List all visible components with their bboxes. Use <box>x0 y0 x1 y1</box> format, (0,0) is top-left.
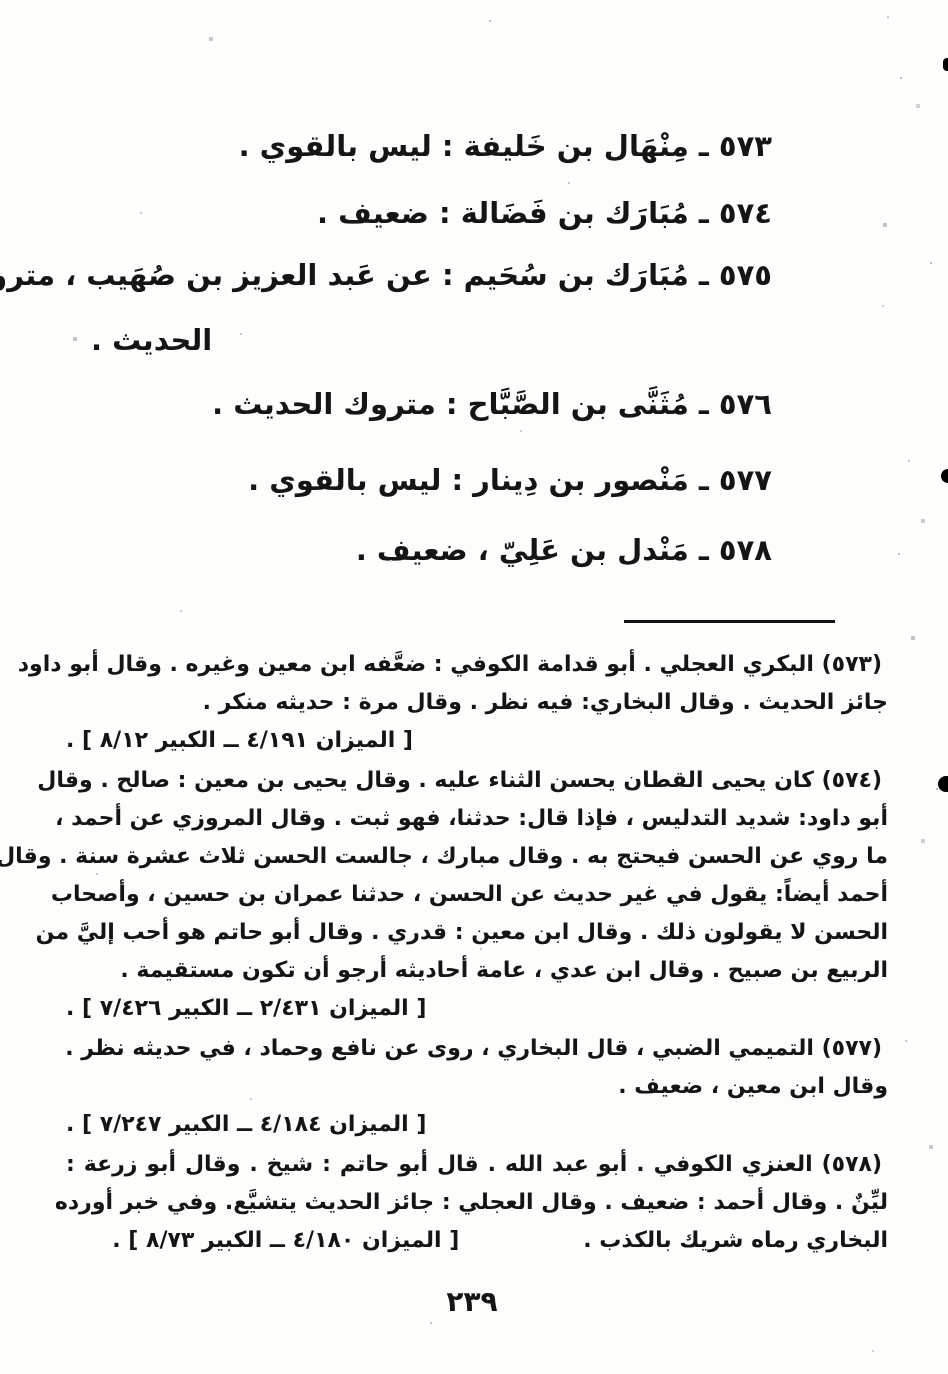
entry-577: ٥٧٧ ـ مَنْصور بن دِينار : ليس بالقوي . <box>91 460 772 500</box>
footnote-578-reference: [ الميزان ٤/١٨٠ ــ الكبير ٨/٧٣ ] . <box>112 1222 459 1260</box>
page-number: ٢٣٩ <box>66 1285 888 1318</box>
footnote-578: (٥٧٨) العنزي الكوفي . أبو عبد الله . قال… <box>66 1146 888 1260</box>
scan-artifact-middle-right <box>941 469 948 483</box>
footnote-574-line-1: (٥٧٤) كان يحيى القطان يحسن الثناء عليه .… <box>66 762 888 800</box>
footnote-574-line-5: الحسن لا يقولون ذلك . وقال ابن معين : قد… <box>66 914 888 952</box>
footnote-578-line-3: البخاري رماه شريك بالكذب . [ الميزان ٤/١… <box>66 1222 888 1260</box>
footnote-577-reference: [ الميزان ٤/١٨٤ ــ الكبير ٧/٢٤٧ ] . <box>66 1106 888 1144</box>
footnote-574-line-3: ما روي عن الحسن فيحتج به . وقال مبارك ، … <box>66 838 888 876</box>
footnote-574-line-6: الربيع بن صبيح . وقال ابن عدي ، عامة أحا… <box>66 952 888 990</box>
footnote-574-line-2: أبو داود: شديد التدليس ، فإذا قال: حدثنا… <box>66 800 888 838</box>
footnote-573-reference: [ الميزان ٤/١٩١ ــ الكبير ٨/١٢ ] . <box>66 722 888 760</box>
scan-noise-speckles <box>0 0 2 2</box>
entry-578: ٥٧٨ ـ مَنْدل بن عَلِيّ ، ضعيف . <box>91 530 772 570</box>
footnote-574-reference: [ الميزان ٢/٤٣١ ــ الكبير ٧/٤٢٦ ] . <box>66 990 888 1028</box>
entry-575: ٥٧٥ ـ مُبَارَك بن سُحَيم : عن عَبد العزي… <box>91 255 888 360</box>
text-column: ٥٧٣ ـ مِنْهَال بن خَليفة : ليس بالقوي . … <box>66 0 888 1318</box>
entries-section: ٥٧٣ ـ مِنْهَال بن خَليفة : ليس بالقوي . … <box>91 126 888 570</box>
footnote-578-line-2: ليِّنٌ . وقال أحمد : ضعيف . وقال العجلي … <box>66 1184 888 1222</box>
footnote-577-line-2: وقال ابن معين ، ضعيف . <box>66 1068 888 1106</box>
footnote-574-line-4: أحمد أيضاً: يقول في غير حديث عن الحسن ، … <box>66 876 888 914</box>
footnotes-section: (٥٧٣) البكري العجلي . أبو قدامة الكوفي :… <box>66 646 888 1260</box>
footnote-578-line-1: (٥٧٨) العنزي الكوفي . أبو عبد الله . قال… <box>66 1146 888 1184</box>
footnote-573: (٥٧٣) البكري العجلي . أبو قدامة الكوفي :… <box>66 646 888 760</box>
footnote-573-line-1: (٥٧٣) البكري العجلي . أبو قدامة الكوفي :… <box>66 646 888 684</box>
footnote-separator <box>624 620 835 623</box>
entry-574: ٥٧٤ ـ مُبَارَك بن فَضَالة : ضعيف . <box>91 193 772 233</box>
scanned-book-page: ٥٧٣ ـ مِنْهَال بن خَليفة : ليس بالقوي . … <box>0 0 948 1374</box>
scan-artifact-top-right <box>943 58 948 71</box>
entry-576: ٥٧٦ ـ مُثَنَّى بن الصَّبَّاح : متروك الح… <box>91 384 772 424</box>
footnote-577: (٥٧٧) التميمي الضبي ، قال البخاري ، روى … <box>66 1030 888 1144</box>
entry-573: ٥٧٣ ـ مِنْهَال بن خَليفة : ليس بالقوي . <box>91 126 772 166</box>
footnote-573-line-2: جائز الحديث . وقال البخاري: فيه نظر . وق… <box>66 684 888 722</box>
scan-artifact-lower-right <box>938 776 948 792</box>
footnote-578-line-3-text: البخاري رماه شريك بالكذب . <box>583 1222 888 1260</box>
footnote-574: (٥٧٤) كان يحيى القطان يحسن الثناء عليه .… <box>66 762 888 1028</box>
entry-575-line-1: ٥٧٥ ـ مُبَارَك بن سُحَيم : عن عَبد العزي… <box>91 255 772 295</box>
entry-575-line-2: الحديث . <box>91 320 888 360</box>
footnote-577-line-1: (٥٧٧) التميمي الضبي ، قال البخاري ، روى … <box>66 1030 888 1068</box>
